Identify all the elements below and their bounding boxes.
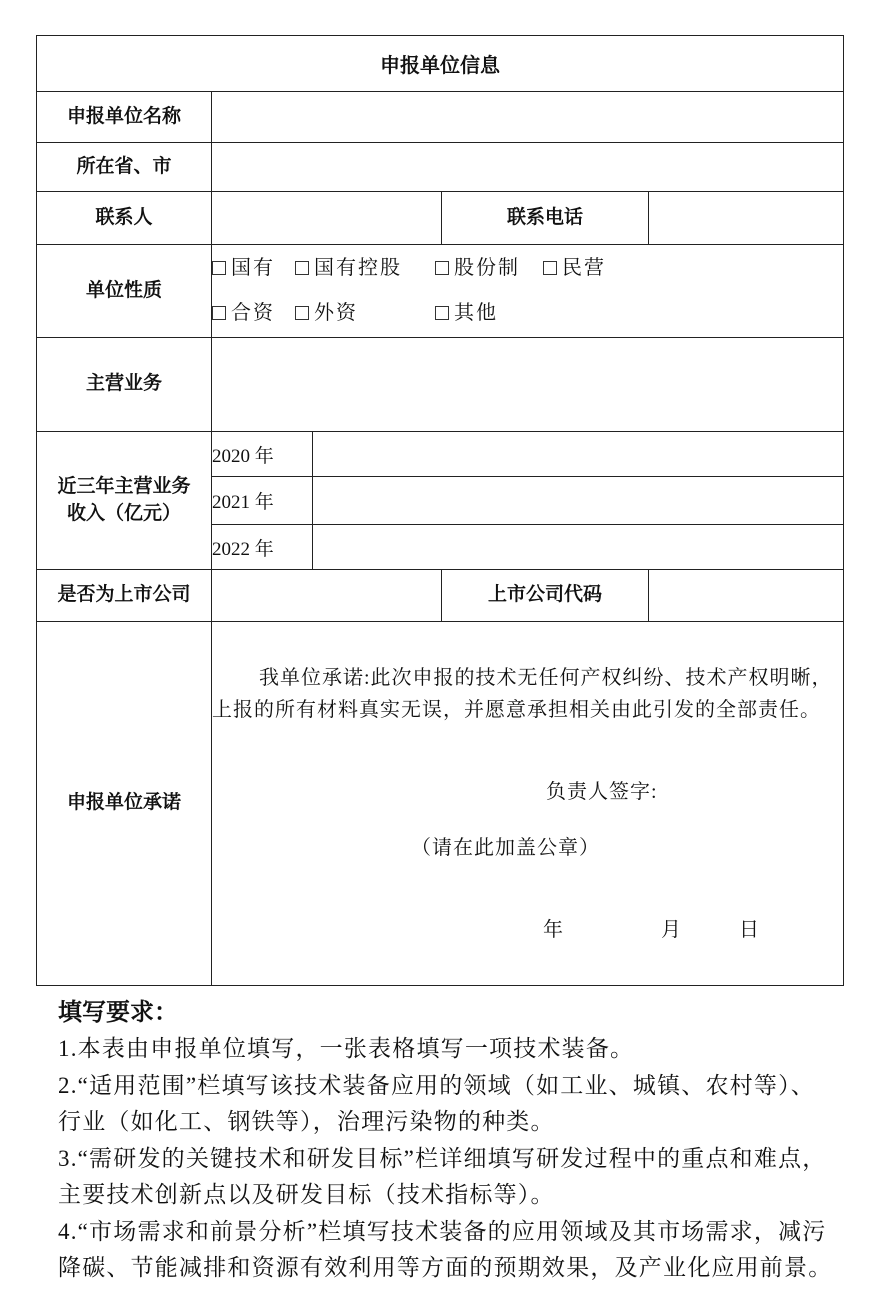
unit-name-input-cell[interactable]	[212, 92, 844, 143]
contact-input-cell[interactable]	[212, 192, 442, 245]
commitment-content-cell[interactable]: 我单位承诺:此次申报的技术无任何产权纠纷、技术产权明晰， 上报的所有材料真实无误…	[212, 622, 844, 986]
province-row: 所在省、市	[37, 143, 844, 192]
checkbox-option-state-owned[interactable]: 国有	[212, 246, 295, 291]
form-page: 申报单位信息 申报单位名称 所在省、市 联系人 联系电话 单位性质 国有国有控股…	[0, 0, 880, 1287]
year-2022-label: 2022 年	[212, 525, 313, 570]
checkbox-option-joint-stock[interactable]: 股份制	[435, 246, 543, 291]
revenue-2022-input-cell[interactable]	[313, 525, 844, 570]
commitment-text-line1: 我单位承诺:此次申报的技术无任何产权纠纷、技术产权明晰，	[212, 662, 843, 694]
nature-options-line2: 合资外资其他	[212, 291, 843, 336]
checkbox-icon[interactable]	[212, 261, 226, 275]
contact-row: 联系人 联系电话	[37, 192, 844, 245]
listed-company-input-cell[interactable]	[212, 570, 442, 622]
checkbox-option-foreign[interactable]: 外资	[295, 291, 435, 336]
unit-nature-row: 单位性质 国有国有控股股份制民营 合资外资其他	[37, 245, 844, 338]
date-line[interactable]: 年月日	[212, 914, 843, 946]
phone-input-cell[interactable]	[649, 192, 844, 245]
revenue-2020-row: 近三年主营业务 收入（亿元） 2020 年	[37, 432, 844, 477]
revenue-2021-input-cell[interactable]	[313, 477, 844, 525]
checkbox-option-private[interactable]: 民营	[543, 246, 606, 291]
checkbox-icon[interactable]	[435, 261, 449, 275]
main-business-input-cell[interactable]	[212, 338, 844, 432]
unit-name-row: 申报单位名称	[37, 92, 844, 143]
signature-label: 负责人签字:	[546, 781, 658, 803]
unit-nature-options-cell: 国有国有控股股份制民营 合资外资其他	[212, 245, 844, 338]
form-title: 申报单位信息	[37, 36, 844, 92]
unit-nature-label: 单位性质	[37, 245, 212, 338]
checkbox-icon[interactable]	[435, 306, 449, 320]
date-year-label: 年	[543, 919, 564, 941]
phone-label: 联系电话	[442, 192, 649, 245]
main-business-label: 主营业务	[37, 338, 212, 432]
checkbox-option-other[interactable]: 其他	[435, 291, 498, 336]
applicant-info-table: 申报单位信息 申报单位名称 所在省、市 联系人 联系电话 单位性质 国有国有控股…	[36, 35, 844, 986]
nature-options-line1: 国有国有控股股份制民营	[212, 246, 843, 291]
checkbox-icon[interactable]	[295, 306, 309, 320]
commitment-row: 申报单位承诺 我单位承诺:此次申报的技术无任何产权纠纷、技术产权明晰， 上报的所…	[37, 622, 844, 986]
checkbox-icon[interactable]	[295, 261, 309, 275]
note-item-1: 1.本表由申报单位填写，一张表格填写一项技术装备。	[58, 1031, 836, 1068]
province-input-cell[interactable]	[212, 143, 844, 192]
checkbox-option-state-holding[interactable]: 国有控股	[295, 246, 435, 291]
year-2020-label: 2020 年	[212, 432, 313, 477]
seal-note: （请在此加盖公章）	[212, 832, 843, 864]
main-business-row: 主营业务	[37, 338, 844, 432]
listed-code-label: 上市公司代码	[442, 570, 649, 622]
listed-code-input-cell[interactable]	[649, 570, 844, 622]
checkbox-option-joint-venture[interactable]: 合资	[212, 291, 295, 336]
title-row: 申报单位信息	[37, 36, 844, 92]
date-month-label: 月	[661, 919, 682, 941]
province-label: 所在省、市	[37, 143, 212, 192]
note-item-4: 4.“市场需求和前景分析”栏填写技术装备的应用领域及其市场需求，减污降碳、节能减…	[58, 1214, 836, 1287]
listed-company-label: 是否为上市公司	[37, 570, 212, 622]
signature-line[interactable]: 负责人签字:	[212, 776, 843, 808]
checkbox-icon[interactable]	[212, 306, 226, 320]
note-item-2: 2.“适用范围”栏填写该技术装备应用的领域（如工业、城镇、农村等）、行业（如化工…	[58, 1068, 836, 1141]
note-item-3: 3.“需研发的关键技术和研发目标”栏详细填写研发过程中的重点和难点，主要技术创新…	[58, 1141, 836, 1214]
contact-label: 联系人	[37, 192, 212, 245]
commitment-label: 申报单位承诺	[37, 622, 212, 986]
revenue-2020-input-cell[interactable]	[313, 432, 844, 477]
commitment-text-line2: 上报的所有材料真实无误，并愿意承担相关由此引发的全部责任。	[212, 694, 843, 726]
date-day-label: 日	[739, 919, 760, 941]
commitment-paragraph: 我单位承诺:此次申报的技术无任何产权纠纷、技术产权明晰， 上报的所有材料真实无误…	[212, 662, 843, 726]
fill-requirements-heading: 填写要求：	[58, 994, 836, 1031]
checkbox-icon[interactable]	[543, 261, 557, 275]
year-2021-label: 2021 年	[212, 477, 313, 525]
revenue-label: 近三年主营业务 收入（亿元）	[37, 432, 212, 570]
listed-company-row: 是否为上市公司 上市公司代码	[37, 570, 844, 622]
unit-name-label: 申报单位名称	[37, 92, 212, 143]
fill-requirements-section: 填写要求： 1.本表由申报单位填写，一张表格填写一项技术装备。 2.“适用范围”…	[36, 994, 836, 1287]
